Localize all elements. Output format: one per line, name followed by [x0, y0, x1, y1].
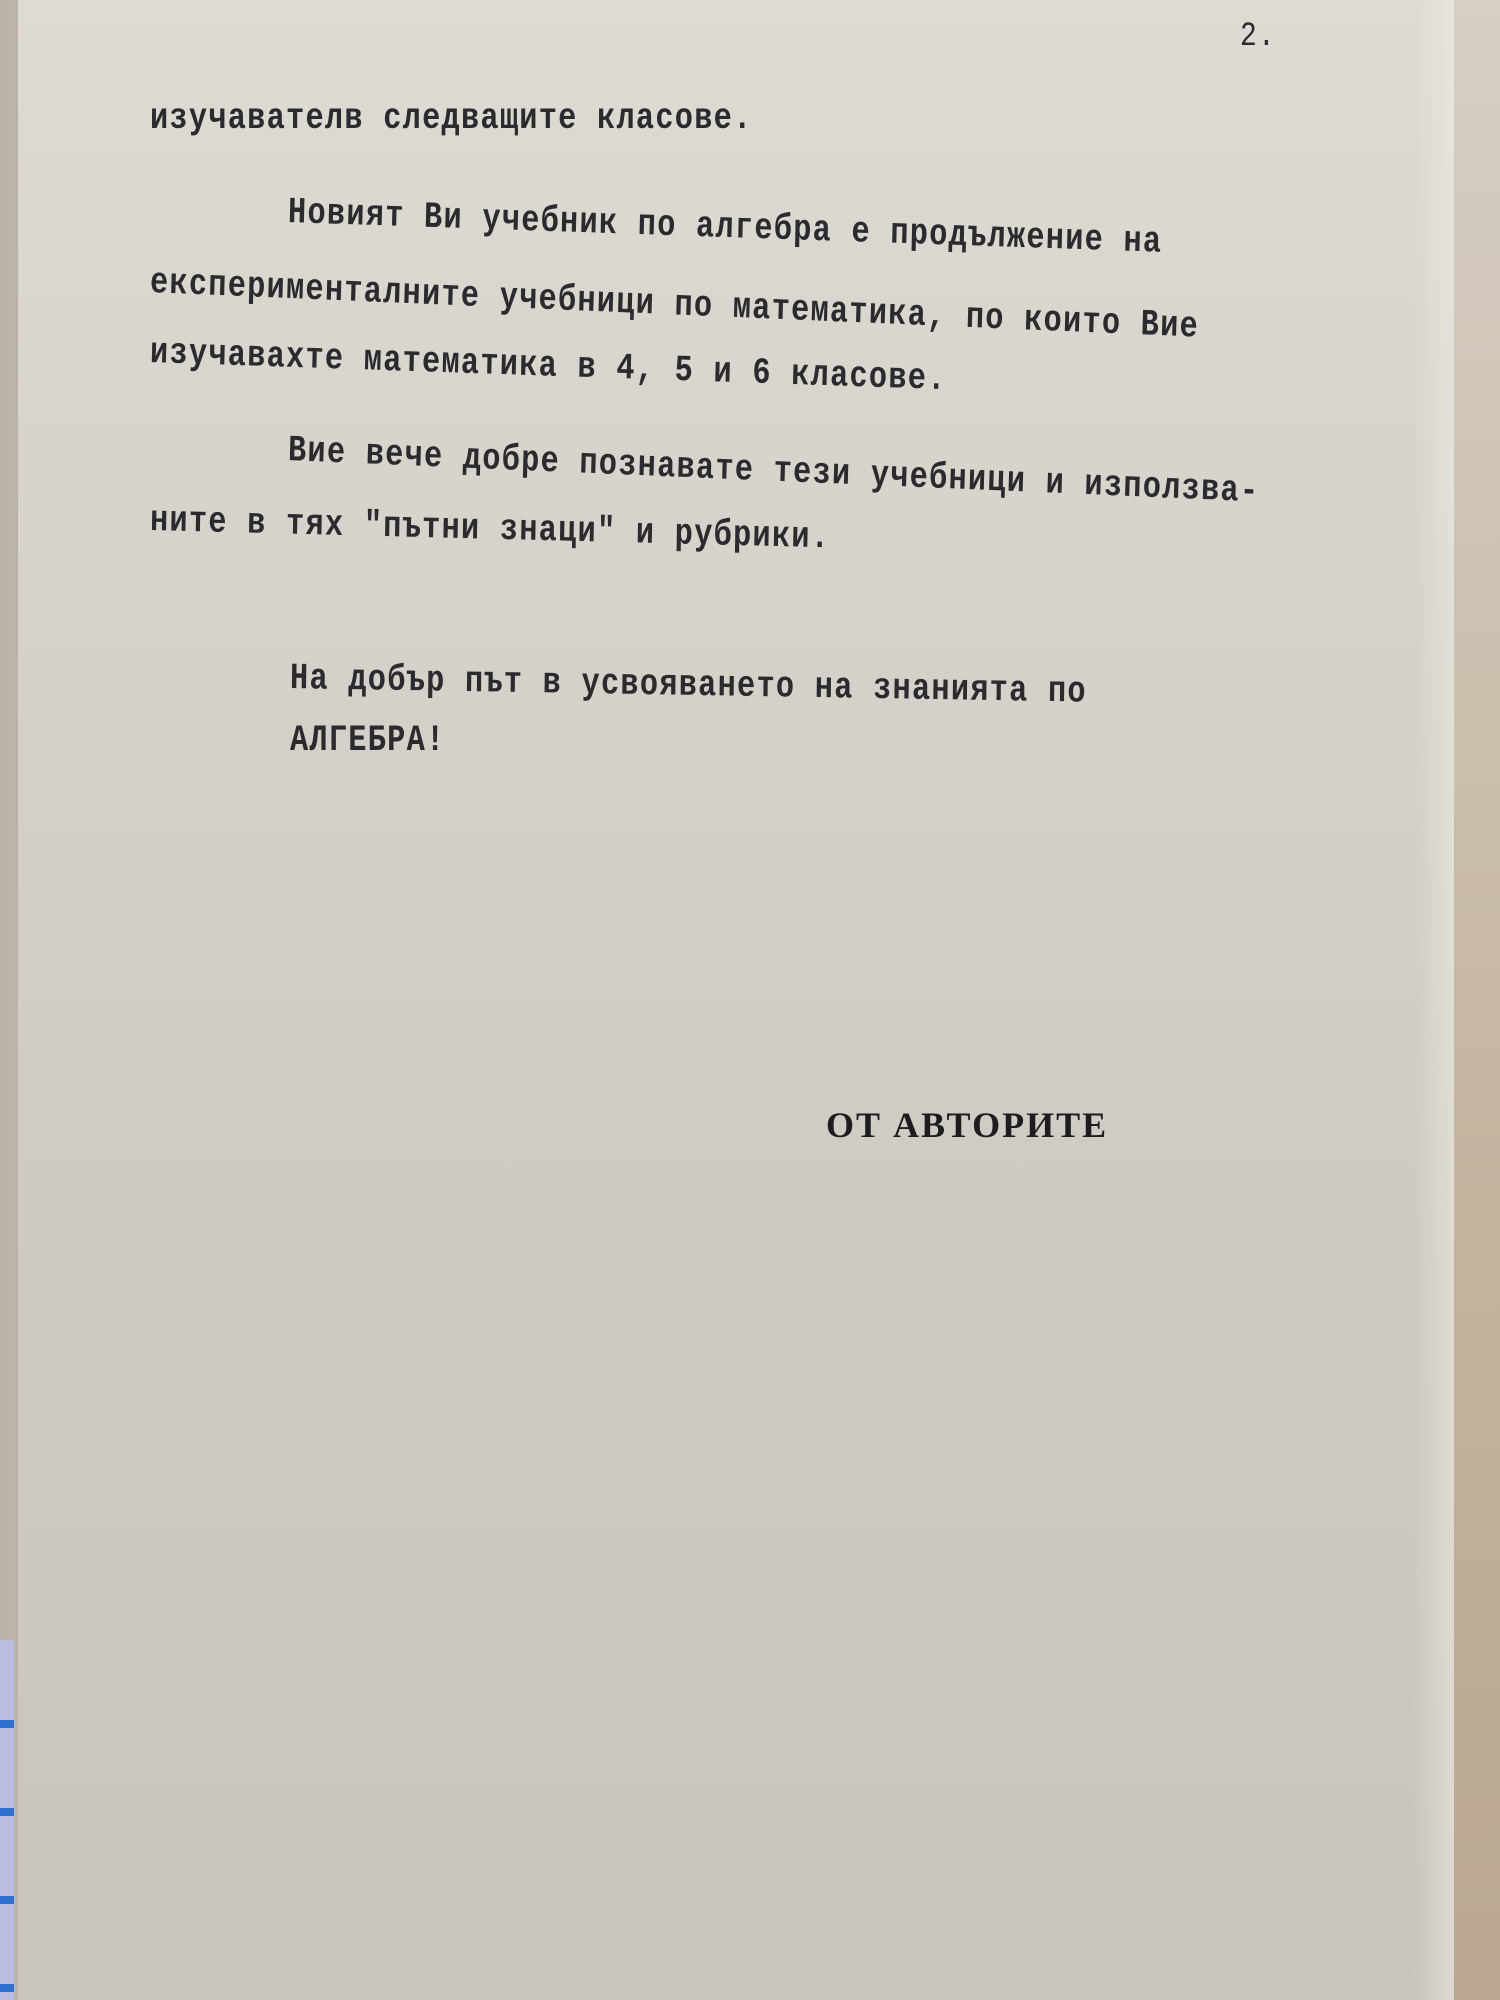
signature: ОТ АВТОРИТЕ: [826, 1104, 1108, 1146]
page-edge: [1454, 0, 1500, 2000]
page-number: 2.: [1240, 18, 1276, 56]
notebook-edge: [0, 1640, 14, 2000]
text-line: АЛГЕБРА!: [290, 720, 446, 762]
text-line: изучавателв следващите класове.: [150, 98, 753, 140]
